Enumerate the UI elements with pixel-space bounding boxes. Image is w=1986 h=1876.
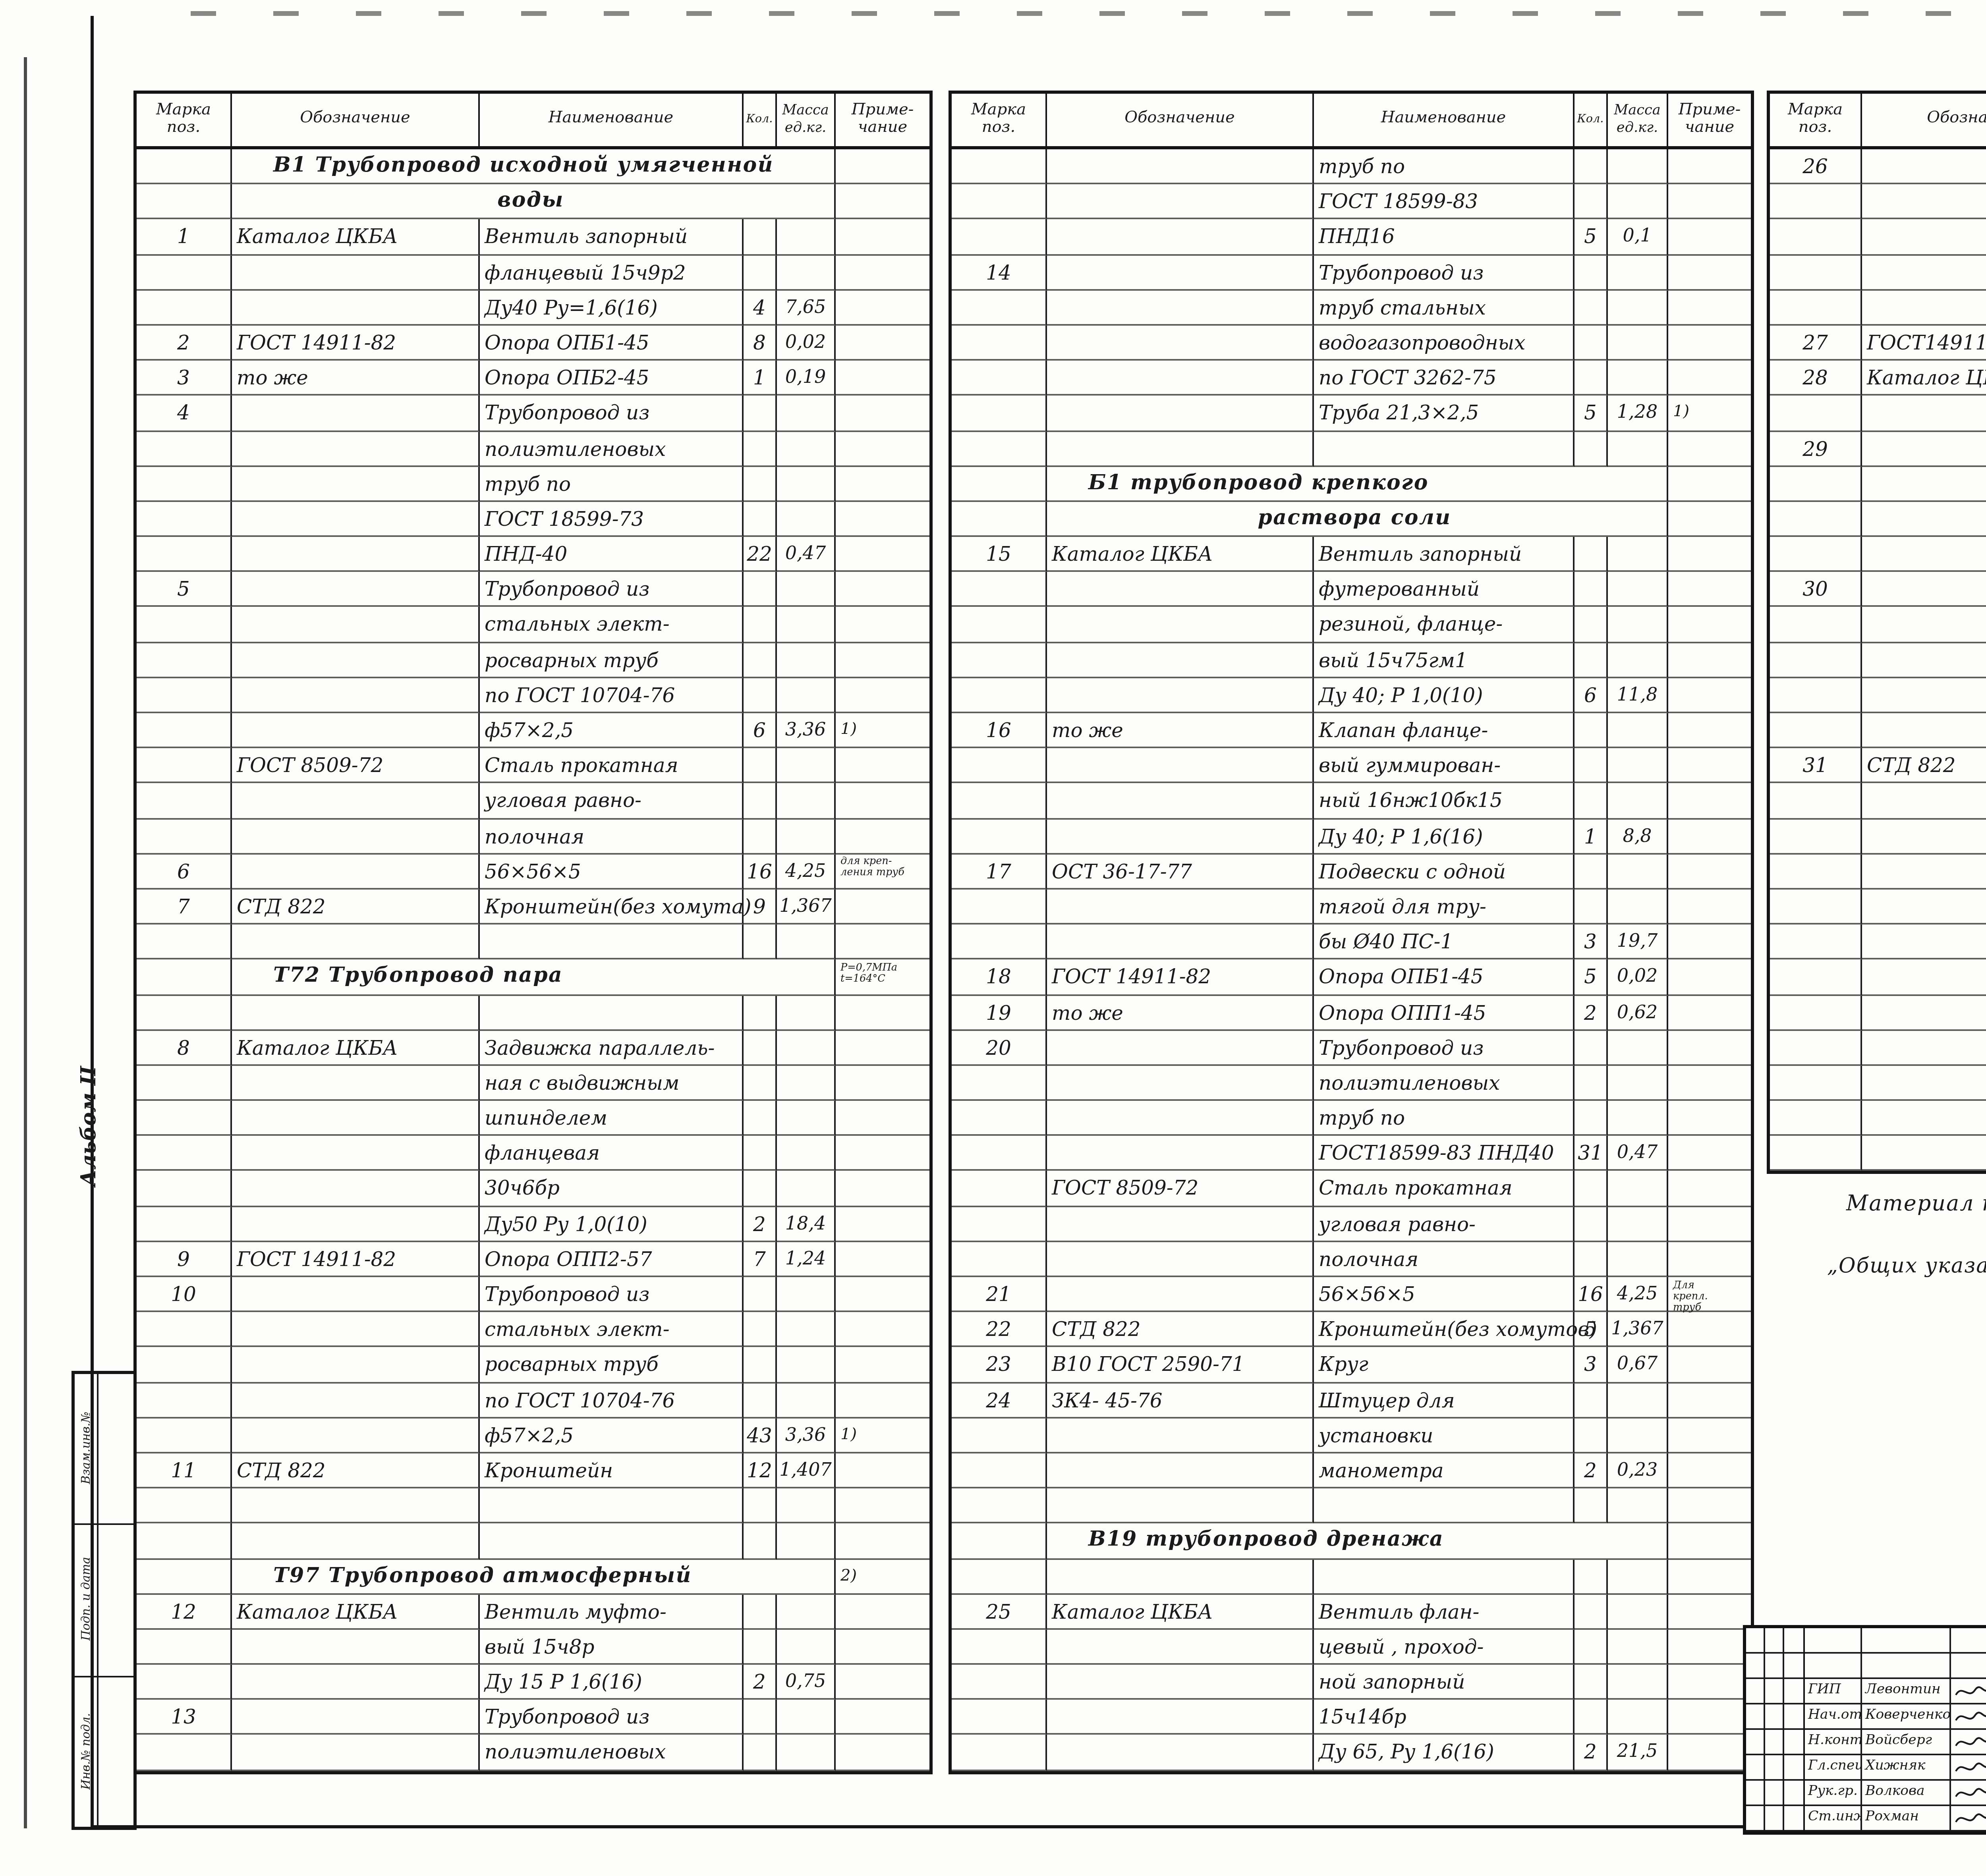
row-name: Кронштейн(без хомутов) <box>1314 1312 1575 1348</box>
row-pos <box>137 643 232 678</box>
row-mass <box>777 819 836 854</box>
row-pos: 18 <box>952 960 1047 995</box>
row-name: труб по <box>480 467 744 502</box>
row-name: 30ч6бр <box>480 1172 744 1207</box>
row-mass <box>777 1277 836 1312</box>
row-note <box>1668 1735 1751 1771</box>
column-header-oboz: Обозначение <box>1862 94 1986 146</box>
row-oboz: ГОСТ 14911-82 <box>1047 960 1314 995</box>
row-pos <box>1770 396 1862 431</box>
row-pos: 2 <box>137 326 232 361</box>
row-note <box>836 361 929 396</box>
row-mass <box>1608 1418 1668 1453</box>
row-name: Опора ОПП1-45 <box>1314 995 1575 1031</box>
row-pos <box>952 149 1047 185</box>
row-pos <box>137 1489 232 1524</box>
row-qty <box>1575 1101 1608 1136</box>
row-pos <box>1770 502 1862 537</box>
row-oboz <box>1047 361 1314 396</box>
row-pos <box>137 149 232 185</box>
row-oboz <box>1047 890 1314 925</box>
row-pos <box>137 1136 232 1172</box>
row-note <box>836 1348 929 1383</box>
row-oboz <box>232 1735 480 1771</box>
row-pos <box>137 1312 232 1348</box>
row-oboz: Каталог ЦКБ <box>1862 361 1986 396</box>
row-pos <box>952 1066 1047 1101</box>
row-pos <box>1770 467 1862 502</box>
row-mass <box>777 678 836 713</box>
row-pos: 5 <box>137 572 232 608</box>
section-title: Т97 Трубопровод атмосферный <box>232 1559 836 1594</box>
row-oboz: ГОСТ 8509-72 <box>232 749 480 784</box>
column-header-note: Приме- чание <box>836 94 929 146</box>
row-oboz <box>1862 502 1986 537</box>
row-note <box>836 1383 929 1418</box>
row-mass <box>1608 431 1668 467</box>
row-pos <box>137 925 232 960</box>
row-pos <box>137 1735 232 1771</box>
row-mass <box>1608 1207 1668 1242</box>
row-mass <box>777 643 836 678</box>
row-pos <box>952 643 1047 678</box>
title-block: ГИПЛевонтинНач.отд.КоверченкоН.контр.Вой… <box>1743 1625 1986 1835</box>
row-name: угловая равно- <box>480 784 744 819</box>
row-mass <box>1608 1101 1668 1136</box>
staff-name: Хижняк <box>1862 1755 1951 1781</box>
row-note <box>1668 1630 1751 1665</box>
row-name <box>480 925 744 960</box>
row-pos: 3 <box>137 361 232 396</box>
row-pos <box>952 1524 1047 1559</box>
row-qty: 8 <box>744 326 777 361</box>
row-qty <box>1575 1418 1608 1453</box>
row-mass <box>777 1735 836 1771</box>
row-oboz <box>1047 1136 1314 1172</box>
row-note <box>1668 1348 1751 1383</box>
row-note <box>836 1207 929 1242</box>
row-note <box>1668 326 1751 361</box>
row-qty: 2 <box>1575 1735 1608 1771</box>
row-qty: 2 <box>1575 1453 1608 1489</box>
row-qty <box>744 608 777 643</box>
row-mass <box>777 502 836 537</box>
row-note <box>836 537 929 572</box>
row-pos: 11 <box>137 1453 232 1489</box>
row-note <box>836 890 929 925</box>
row-name <box>480 995 744 1031</box>
row-name: Труба 21,3×2,5 <box>1314 396 1575 431</box>
row-qty: 2 <box>1575 995 1608 1031</box>
row-name: Кронштейн <box>480 1453 744 1489</box>
signature-icon <box>1951 1679 1986 1704</box>
spec-table-header: Марка поз.ОбозначениеНаименованиеКол.Мас… <box>137 94 929 149</box>
row-pos <box>952 185 1047 220</box>
row-mass <box>1608 1594 1668 1630</box>
row-name: 56×56×5 <box>480 854 744 890</box>
material-note-line1: Материал трубопроводов приведен в <box>1846 1191 1986 1217</box>
row-pos <box>137 467 232 502</box>
row-note <box>1668 925 1751 960</box>
row-mass <box>777 1489 836 1524</box>
row-name: Круг <box>1314 1348 1575 1383</box>
row-qty: 6 <box>1575 678 1608 713</box>
sheet-edge-line <box>24 57 26 1828</box>
staff-name: Волкова <box>1862 1781 1951 1806</box>
row-oboz <box>1862 819 1986 854</box>
row-oboz: то же <box>1047 995 1314 1031</box>
row-qty <box>1575 572 1608 608</box>
row-oboz <box>232 1207 480 1242</box>
row-mass <box>1608 326 1668 361</box>
row-qty <box>1575 1031 1608 1066</box>
row-oboz <box>232 1383 480 1418</box>
row-pos <box>137 1383 232 1418</box>
row-name: Ду 15 Р 1,6(16) <box>480 1665 744 1700</box>
row-note <box>1668 185 1751 220</box>
row-oboz <box>1047 326 1314 361</box>
row-qty <box>744 1524 777 1559</box>
row-pos: 4 <box>137 396 232 431</box>
row-note <box>836 1136 929 1172</box>
row-name: Трубопровод из <box>480 1700 744 1735</box>
row-oboz: Каталог ЦКБА <box>232 220 480 255</box>
row-note <box>836 1066 929 1101</box>
row-pos <box>1770 1066 1862 1101</box>
row-pos <box>952 608 1047 643</box>
row-oboz <box>232 572 480 608</box>
row-name: ф57×2,5 <box>480 713 744 749</box>
stamp-label: Взам.инв.№ <box>77 1378 95 1518</box>
row-mass: 3,36 <box>777 713 836 749</box>
section-title: Б1 трубопровод крепкого <box>1047 467 1668 502</box>
row-pos <box>952 290 1047 326</box>
row-oboz <box>1862 431 1986 467</box>
row-name <box>480 1524 744 1559</box>
row-mass: 1,407 <box>777 1453 836 1489</box>
row-qty: 3 <box>1575 925 1608 960</box>
row-note <box>836 1312 929 1348</box>
row-qty: 4 <box>744 290 777 326</box>
row-name: вый 15ч8р <box>480 1630 744 1665</box>
row-pos <box>137 713 232 749</box>
row-name: стальных элект- <box>480 1312 744 1348</box>
row-pos: 1 <box>137 220 232 255</box>
row-note: 1) <box>1668 396 1751 431</box>
row-pos <box>137 537 232 572</box>
row-qty <box>1575 643 1608 678</box>
row-oboz <box>1047 572 1314 608</box>
row-mass: 0,1 <box>1608 220 1668 255</box>
row-mass: 1,367 <box>777 890 836 925</box>
row-qty <box>744 1735 777 1771</box>
staff-name: Войсберг <box>1862 1730 1951 1755</box>
margin-stamp-box: Взам.инв.№ Подп. и дата Инв.№ подл. <box>71 1371 137 1830</box>
staff-role: ГИП <box>1805 1679 1862 1704</box>
row-mass <box>1608 643 1668 678</box>
row-name: полиэтиленовых <box>480 1735 744 1771</box>
row-name <box>1314 1559 1575 1594</box>
row-note: для креп- ления труб <box>836 854 929 890</box>
row-mass: 1,24 <box>777 1242 836 1277</box>
staff-empty-cell <box>1862 1628 1951 1654</box>
row-oboz <box>1047 220 1314 255</box>
row-pos <box>952 1453 1047 1489</box>
row-oboz <box>232 1348 480 1383</box>
row-oboz <box>1862 185 1986 220</box>
row-pos <box>952 749 1047 784</box>
row-note <box>1668 502 1751 537</box>
column-header-pos: Марка поз. <box>1770 94 1862 146</box>
row-oboz <box>1862 255 1986 290</box>
row-pos <box>137 749 232 784</box>
staff-role: Нач.отд. <box>1805 1704 1862 1730</box>
row-pos <box>952 361 1047 396</box>
row-qty <box>1575 1665 1608 1700</box>
spec-table-header: Марка поз.ОбозначениеНаименованиеКол.Мас… <box>1770 94 1986 149</box>
row-pos: 15 <box>952 537 1047 572</box>
row-oboz <box>232 396 480 431</box>
row-name: ной запорный <box>1314 1665 1575 1700</box>
row-oboz: Каталог ЦКБА <box>1047 1594 1314 1630</box>
row-name: ный 16нж10бк15 <box>1314 784 1575 819</box>
row-mass: 0,19 <box>777 361 836 396</box>
row-oboz <box>1862 713 1986 749</box>
row-oboz <box>232 1172 480 1207</box>
row-qty <box>744 1066 777 1101</box>
row-note <box>1668 1101 1751 1136</box>
row-mass: 11,8 <box>1608 678 1668 713</box>
row-pos: 16 <box>952 713 1047 749</box>
row-pos: 19 <box>952 995 1047 1031</box>
row-pos: 17 <box>952 854 1047 890</box>
row-qty: 12 <box>744 1453 777 1489</box>
row-mass <box>777 431 836 467</box>
row-oboz <box>232 1700 480 1735</box>
row-qty <box>744 502 777 537</box>
staff-role: Рук.гр. <box>1805 1781 1862 1806</box>
row-mass: 21,5 <box>1608 1735 1668 1771</box>
row-pos: 13 <box>137 1700 232 1735</box>
row-pos <box>137 1066 232 1101</box>
row-qty <box>744 1489 777 1524</box>
row-pos <box>137 1207 232 1242</box>
row-oboz: Каталог ЦКБА <box>1047 537 1314 572</box>
row-qty <box>744 255 777 290</box>
row-name: бы Ø40 ПС-1 <box>1314 925 1575 960</box>
row-name: Трубопровод из <box>1314 255 1575 290</box>
row-mass <box>777 1136 836 1172</box>
row-note <box>836 1700 929 1735</box>
row-note <box>1668 537 1751 572</box>
row-name: Опора ОПБ1-45 <box>1314 960 1575 995</box>
row-oboz <box>1862 678 1986 713</box>
stamp-label: Подп. и дата <box>77 1529 95 1669</box>
row-mass <box>1608 749 1668 784</box>
signature-icon <box>1951 1806 1986 1832</box>
row-oboz <box>1047 1066 1314 1101</box>
row-oboz <box>1047 1559 1314 1594</box>
row-name: Подвески с одной <box>1314 854 1575 890</box>
row-oboz <box>1862 608 1986 643</box>
row-oboz <box>232 290 480 326</box>
row-oboz: СТД 822 <box>232 890 480 925</box>
row-mass: 0,67 <box>1608 1348 1668 1383</box>
row-mass <box>1608 1630 1668 1665</box>
row-qty <box>1575 890 1608 925</box>
row-oboz <box>232 925 480 960</box>
row-qty: 22 <box>744 537 777 572</box>
row-qty <box>1575 1242 1608 1277</box>
row-qty <box>744 1101 777 1136</box>
row-note <box>1668 1136 1751 1172</box>
row-mass <box>1608 1700 1668 1735</box>
row-mass <box>1608 1172 1668 1207</box>
row-name: установки <box>1314 1418 1575 1453</box>
row-note <box>1668 608 1751 643</box>
row-mass <box>1608 290 1668 326</box>
row-name: Задвижка параллель- <box>480 1031 744 1066</box>
row-name <box>1314 1489 1575 1524</box>
row-mass: 0,23 <box>1608 1453 1668 1489</box>
spec-table-header: Марка поз.ОбозначениеНаименованиеКол.Мас… <box>952 94 1751 149</box>
row-mass: 0,47 <box>1608 1136 1668 1172</box>
staff-empty-cell <box>1805 1654 1862 1679</box>
row-name: фланцевая <box>480 1136 744 1172</box>
row-qty <box>744 1348 777 1383</box>
row-name: полочная <box>480 819 744 854</box>
row-pos <box>137 1418 232 1453</box>
row-pos <box>952 1665 1047 1700</box>
row-qty <box>744 1630 777 1665</box>
row-note <box>1668 1172 1751 1207</box>
row-oboz <box>1047 608 1314 643</box>
staff-empty-cell <box>1951 1654 1986 1679</box>
row-mass <box>1608 185 1668 220</box>
row-pos <box>1770 784 1862 819</box>
row-pos <box>1770 220 1862 255</box>
row-name: по ГОСТ 3262-75 <box>1314 361 1575 396</box>
row-mass <box>777 1172 836 1207</box>
row-qty <box>1575 608 1608 643</box>
row-pos: 22 <box>952 1312 1047 1348</box>
row-name: Вентиль запорный <box>1314 537 1575 572</box>
row-qty <box>744 995 777 1031</box>
row-pos <box>952 1559 1047 1594</box>
revision-grid <box>1746 1628 1805 1832</box>
row-name: ПНД-40 <box>480 537 744 572</box>
row-name: Ду50 Ру 1,0(10) <box>480 1207 744 1242</box>
album-label: Альбом II <box>76 1031 105 1222</box>
staff-name: Коверченко <box>1862 1704 1951 1730</box>
row-note <box>836 1453 929 1489</box>
row-note <box>1668 960 1751 995</box>
row-note <box>1668 255 1751 290</box>
row-pos <box>952 925 1047 960</box>
row-pos: 8 <box>137 1031 232 1066</box>
row-pos <box>952 1172 1047 1207</box>
row-oboz <box>1047 1242 1314 1277</box>
staff-empty-cell <box>1862 1654 1951 1679</box>
row-qty <box>1575 361 1608 396</box>
row-pos <box>952 890 1047 925</box>
row-pos <box>1770 643 1862 678</box>
row-pos <box>137 995 232 1031</box>
row-pos <box>952 1207 1047 1242</box>
row-pos <box>137 502 232 537</box>
row-pos <box>952 431 1047 467</box>
row-name: Опора ОПБ1-45 <box>480 326 744 361</box>
row-name: труб по <box>1314 1101 1575 1136</box>
row-oboz <box>1047 1735 1314 1771</box>
row-name: шпинделем <box>480 1101 744 1136</box>
row-mass <box>1608 537 1668 572</box>
row-pos <box>952 396 1047 431</box>
row-note <box>836 1172 929 1207</box>
spec-table-body: В1 Трубопровод исходной умягченнойводы1К… <box>137 149 929 1771</box>
row-oboz <box>1862 643 1986 678</box>
row-mass <box>777 608 836 643</box>
row-note: 1) <box>836 1418 929 1453</box>
row-pos: 7 <box>137 890 232 925</box>
row-note <box>836 925 929 960</box>
row-pos <box>1770 854 1862 890</box>
staff-empty-cell <box>1805 1628 1862 1654</box>
row-mass <box>1608 1242 1668 1277</box>
material-note-line2: „Общих указаниях по монтажу” п.1; л.1 <box>1827 1255 1986 1280</box>
row-mass <box>777 995 836 1031</box>
row-pos <box>1770 925 1862 960</box>
row-name: Сталь прокатная <box>480 749 744 784</box>
row-qty <box>744 467 777 502</box>
section-title: воды <box>232 185 836 220</box>
row-qty: 5 <box>1575 960 1608 995</box>
row-oboz: ГОСТ 14911-82 <box>232 326 480 361</box>
row-note <box>1668 1453 1751 1489</box>
row-mass: 0,62 <box>1608 995 1668 1031</box>
row-qty: 5 <box>1575 396 1608 431</box>
row-mass <box>777 1383 836 1418</box>
row-name: стальных элект- <box>480 608 744 643</box>
row-name: росварных труб <box>480 1348 744 1383</box>
row-pos <box>137 1524 232 1559</box>
column-header-pos: Марка поз. <box>952 94 1047 146</box>
row-oboz <box>232 502 480 537</box>
row-note <box>1668 290 1751 326</box>
row-pos <box>137 1665 232 1700</box>
row-name: ПНД16 <box>1314 220 1575 255</box>
row-qty <box>1575 185 1608 220</box>
row-name: Кронштейн(без хомута) <box>480 890 744 925</box>
column-header-oboz: Обозначение <box>1047 94 1314 146</box>
row-qty <box>744 572 777 608</box>
row-name: полочная <box>1314 1242 1575 1277</box>
row-pos <box>1770 678 1862 713</box>
row-note <box>1668 1418 1751 1453</box>
frame-bottom-line <box>91 1825 1986 1829</box>
row-oboz <box>1862 396 1986 431</box>
row-name: полиэтиленовых <box>1314 1066 1575 1101</box>
row-qty <box>1575 1630 1608 1665</box>
row-pos <box>952 220 1047 255</box>
stamp-cell-vzam: Взам.инв.№ <box>75 1374 133 1525</box>
row-note <box>1668 361 1751 396</box>
row-note <box>1668 1066 1751 1101</box>
row-oboz: СТД 822 <box>232 1453 480 1489</box>
row-mass: 1,367 <box>1608 1312 1668 1348</box>
row-oboz: ГОСТ14911-82 <box>1862 326 1986 361</box>
row-qty <box>1575 784 1608 819</box>
